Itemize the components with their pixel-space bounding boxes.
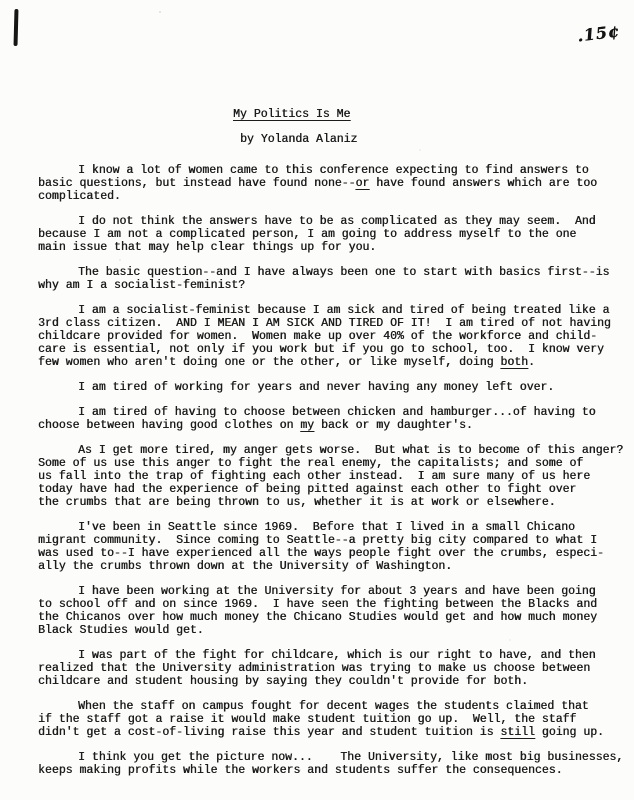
paragraph: I do not think the answers have to be as… bbox=[38, 215, 624, 254]
paragraph: I think you get the picture now... The U… bbox=[38, 751, 624, 777]
text-segment: I have been working at the University fo… bbox=[38, 585, 597, 637]
price-annotation: .15¢ bbox=[576, 21, 621, 45]
text-segment: The basic question--and I have always be… bbox=[38, 266, 609, 292]
paragraph: I am a socialist-feminist because I am s… bbox=[38, 304, 624, 369]
document-body: I know a lot of women came to this confe… bbox=[38, 164, 624, 777]
text-segment: going up. bbox=[535, 726, 604, 739]
text-segment: I do not think the answers have to be as… bbox=[38, 215, 596, 254]
underlined-text: or bbox=[355, 177, 369, 190]
paragraph: I have been working at the University fo… bbox=[38, 585, 624, 637]
text-segment: I was part of the fight for childcare, w… bbox=[38, 649, 596, 688]
document-content: My Politics Is Me by Yolanda Alaniz I kn… bbox=[38, 104, 624, 789]
paragraph: I am tired of working for years and neve… bbox=[38, 381, 624, 394]
document-byline: by Yolanda Alaniz bbox=[240, 133, 624, 146]
text-segment: I think you get the picture now... The U… bbox=[38, 751, 623, 777]
underlined-text: both bbox=[500, 356, 528, 369]
paragraph: As I get more tired, my anger gets worse… bbox=[38, 444, 624, 509]
text-segment: back or my daughter's. bbox=[314, 419, 473, 432]
text-segment: I've been in Seattle since 1969. Before … bbox=[38, 521, 604, 573]
text-segment: I am tired of working for years and neve… bbox=[78, 381, 554, 394]
text-segment: As I get more tired, my anger gets worse… bbox=[38, 444, 623, 509]
underlined-text: still bbox=[500, 726, 535, 739]
paragraph: When the staff on campus fought for dece… bbox=[38, 700, 624, 739]
document-title: My Politics Is Me bbox=[233, 108, 350, 121]
underlined-text: my bbox=[300, 419, 314, 432]
paragraph: I know a lot of women came to this confe… bbox=[38, 164, 624, 203]
margin-pen-mark bbox=[14, 9, 19, 46]
paragraph: The basic question--and I have always be… bbox=[38, 266, 624, 292]
text-segment: . bbox=[528, 356, 535, 369]
document-page: .15¢ My Politics Is Me by Yolanda Alaniz… bbox=[0, 0, 634, 800]
paragraph: I've been in Seattle since 1969. Before … bbox=[38, 521, 624, 573]
paragraph: I was part of the fight for childcare, w… bbox=[38, 649, 624, 688]
paragraph: I am tired of having to choose between c… bbox=[38, 406, 624, 432]
